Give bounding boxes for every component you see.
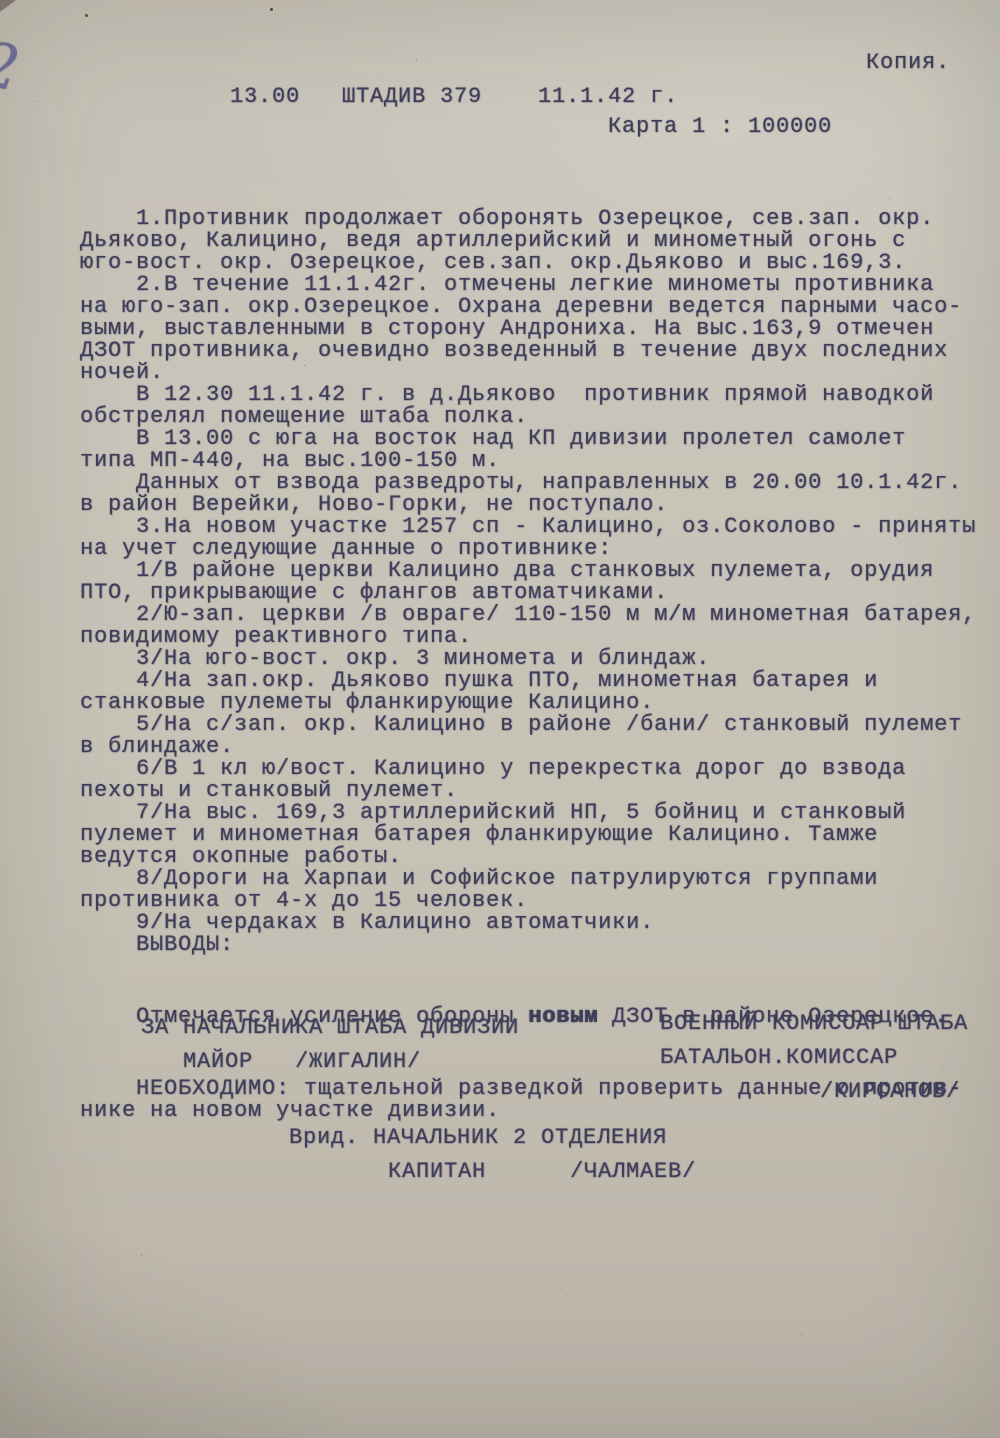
text-line: 6/В 1 кл ю/вост. Калицино у перекрестка … — [80, 758, 975, 780]
signature-right-rank: БАТАЛЬОН.КОМИССАР — [660, 1046, 898, 1070]
text-line: противника от 4-х до 15 человек. — [80, 890, 975, 912]
map-scale: Карта 1 : 100000 — [608, 114, 832, 139]
signature-left-role: ЗА НАЧАЛЬНИКА ШТАБА ДИВИЗИИ — [141, 1016, 519, 1040]
text-line: выми, выставленными в сторону Андрониха.… — [80, 318, 975, 340]
text-line: ПТО, прикрывающие с флангов автоматчикам… — [80, 582, 975, 604]
text-line: 2/Ю-зап. церкви /в овраге/ 110-150 м м/м… — [80, 604, 975, 626]
signature-left-name: МАЙОР /ЖИГАЛИН/ — [183, 1050, 421, 1074]
text-line: 3.На новом участке 1257 сп - Калицино, о… — [80, 516, 975, 538]
signature-center-name: КАПИТАН /ЧАЛМАЕВ/ — [388, 1160, 696, 1184]
text-line: 3/На юго-вост. окр. 3 миномета и блиндаж… — [80, 648, 975, 670]
text-line: 1.Противник продолжает оборонять Озерецк… — [80, 208, 975, 230]
text-line: 7/На выс. 169,3 артиллерийский НП, 5 бой… — [80, 802, 975, 824]
text-line: станковые пулеметы фланкирующие Калицино… — [80, 692, 975, 714]
text-line: юго-вост. окр. Озерецкое, сев.зап. окр.Д… — [80, 252, 975, 274]
text-line: пулемет и минометная батарея фланкирующи… — [80, 824, 975, 846]
text-line: ВЫВОДЫ: — [80, 934, 975, 956]
text-line: пехоты и станковый пулемет. — [80, 780, 975, 802]
signature-right-role: ВОЕННЫЙ КОМИССАР ШТАБА — [660, 1012, 968, 1036]
text-line: на юго-зап. окр.Озерецкое. Охрана деревн… — [80, 296, 975, 318]
text-line: 4/На зап.окр. Дьяково пушка ПТО, миномет… — [80, 670, 975, 692]
text-line: В 12.30 11.1.42 г. в д.Дьяково противник… — [80, 384, 975, 406]
paper-specks — [85, 14, 88, 17]
text-line: 8/Дороги на Харпаи и Софийское патрулиру… — [80, 868, 975, 890]
text-line: в блиндаже. — [80, 736, 975, 758]
text-line: Дьяково, Калицино, ведя артиллерийский и… — [80, 230, 975, 252]
conclusion-bold-word: новым — [528, 1004, 598, 1029]
handwritten-pencil-mark: 2 — [0, 28, 24, 106]
signature-center-role: Врид. НАЧАЛЬНИК 2 ОТДЕЛЕНИЯ — [289, 1126, 667, 1150]
text-line: на учет следующие данные о противнике: — [80, 538, 975, 560]
text-line: Данных от взвода разведроты, направленны… — [80, 472, 975, 494]
signature-right-name: /КИРСАНОВ/ — [820, 1080, 960, 1104]
text-line: 2.В течение 11.1.42г. отмечены легкие ми… — [80, 274, 975, 296]
text-line: ночей. — [80, 362, 975, 384]
text-line: типа МП-440, на выс.100-150 м. — [80, 450, 975, 472]
text-line: обстрелял помещение штаба полка. — [80, 406, 975, 428]
text-line: 1/В районе церкви Калицино два станковых… — [80, 560, 975, 582]
text-line: 5/На с/зап. окр. Калицино в районе /бани… — [80, 714, 975, 736]
copy-label: Копия. — [866, 50, 950, 75]
report-body-part1: 1.Противник продолжает оборонять Озерецк… — [80, 208, 975, 956]
text-line: повидимому реактивного типа. — [80, 626, 975, 648]
text-line: ДЗОТ противника, очевидно возведенный в … — [80, 340, 975, 362]
text-line: ведутся окопные работы. — [80, 846, 975, 868]
text-line: 9/На чердаках в Калицино автоматчики. — [80, 912, 975, 934]
document-header: 13.00 ШТАДИВ 379 11.1.42 г. — [230, 84, 678, 109]
text-line: В 13.00 с юга на восток над КП дивизии п… — [80, 428, 975, 450]
page-corner-shadow — [0, 0, 16, 12]
scanned-document-page: 2 Копия. 13.00 ШТАДИВ 379 11.1.42 г. Кар… — [0, 0, 1000, 1438]
text-line: в район Верейки, Ново-Горки, не поступал… — [80, 494, 975, 516]
